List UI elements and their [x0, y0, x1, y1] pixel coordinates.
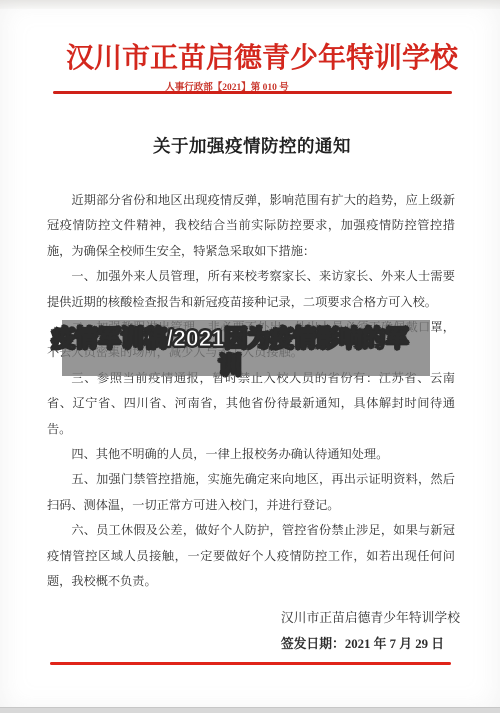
footer-divider: [50, 662, 451, 665]
signature-school-name: 汉川市正苗启德青少年特训学校: [281, 607, 460, 626]
watermark-line-1: 疫情军训稿/2021因为疫情影响的军: [20, 325, 440, 352]
watermark-line-2: 训: [20, 352, 440, 379]
letterhead-school-name: 汉川市正苗启德青少年特训学校: [12, 36, 500, 76]
notice-paragraph: 近期部分省份和地区出现疫情反弹，影响范围有扩大的趋势，应上级新冠疫情防控文件精神…: [47, 188, 455, 264]
document-photo: 汉川市正苗启德青少年特训学校 人事行政部【2021】第 010 号 关于加强疫情…: [0, 0, 500, 713]
notice-paragraph: 六、员工休假及公差，做好个人防护，管控省份禁止涉足，如果与新冠疫情管控区域人员接…: [47, 518, 455, 594]
watermark-title: 疫情军训稿/2021因为疫情影响的军 训: [20, 325, 440, 379]
photo-bottom-edge: [0, 707, 500, 713]
notice-title: 关于加强疫情防控的通知: [2, 133, 500, 158]
signature-issue-date: 签发日期：2021 年 7 月 29 日: [281, 633, 444, 652]
letterhead-divider: [53, 91, 452, 94]
notice-paragraph: 五、加强门禁管控措施，实施先确定来向地区，再出示证明资料，然后扫码、测体温，一切…: [47, 467, 455, 518]
notice-paragraph: 四、其他不明确的人员，一律上报校务办确认待通知处理。: [47, 442, 455, 467]
photo-top-edge: [0, 0, 500, 9]
notice-paragraph: 一、加强外来人员管理，所有来校考察家长、来访家长、外来人士需要提供近期的核酸检查…: [47, 264, 455, 315]
notice-body: 近期部分省份和地区出现疫情反弹，影响范围有扩大的趋势，应上级新冠疫情防控文件精神…: [47, 188, 455, 595]
